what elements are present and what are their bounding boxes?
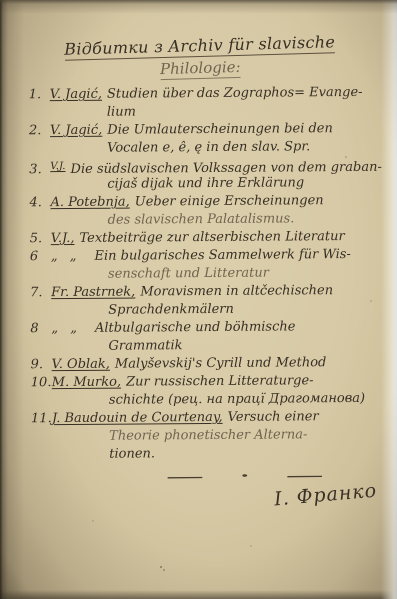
entry-line: 3.V.J.Die südslavischen Volkssagen von d… xyxy=(29,156,387,176)
entry-author: Fr. Pastrnek, xyxy=(51,285,135,301)
entry-text: cijaš dijak und ihre Erklärung xyxy=(107,175,304,191)
entry-author: J. Baudouin de Courtenay, xyxy=(52,410,223,426)
entry-author: „ „ xyxy=(51,321,81,336)
entry-number: 9. xyxy=(31,356,52,374)
entry-number: 4. xyxy=(29,194,50,212)
entry-text: Versuch einer xyxy=(228,409,319,425)
entry-author: „ „ xyxy=(51,249,81,264)
paper-specks xyxy=(0,0,2,2)
entry-number: 2. xyxy=(29,122,50,140)
entry-author: V. Jagić, xyxy=(50,123,102,138)
document-title: Відбитки з Archiv für slavische Philolog… xyxy=(39,32,360,84)
title-line-2: Philologie: xyxy=(160,58,241,80)
entry-text: Theorie phonetischer Alterna- xyxy=(109,427,307,443)
entry-author: V.J. xyxy=(50,161,65,172)
entry-author: V. Jagić, xyxy=(50,87,102,102)
entry-author: A. Potebnja, xyxy=(50,195,129,211)
entry-number: 11. xyxy=(31,410,52,428)
entry-number: 5. xyxy=(30,230,51,248)
entry-number: 1. xyxy=(29,86,50,104)
entry-text: Vocalen e, ê, ę in den slav. Spr. xyxy=(107,139,310,155)
entry-text: lium xyxy=(107,105,136,120)
entry-number: 8 xyxy=(30,320,51,338)
entry-text: Malyševskij's Cyrill und Method xyxy=(115,355,327,371)
entry-text: Ueber einige Erscheinungen xyxy=(135,193,324,209)
entry-text: senschaft und Litteratur xyxy=(108,266,269,282)
entry-text: Ein bulgarisches Sammelwerk für Wis- xyxy=(94,247,350,264)
entry-author: M. Murko, xyxy=(52,375,121,390)
bibliography-list: 1.V. Jagić,Studien über das Zographos= E… xyxy=(29,84,390,464)
entry-number: 7. xyxy=(30,284,51,302)
entry-text: Moravismen in altčechischen xyxy=(140,283,333,299)
entry-author: V. Oblak, xyxy=(52,357,110,372)
entry-number: 10. xyxy=(31,374,52,392)
entry-text: Altbulgarische und böhmische xyxy=(95,319,296,335)
entry-text: Sprachdenkmälern xyxy=(108,302,234,318)
entry-author: V.J., xyxy=(51,231,75,246)
entry-text: Die Umlauterscheinungen bei den xyxy=(107,121,333,138)
entry-text: tionen. xyxy=(109,446,155,461)
entry-text: Zur russischen Litteraturge- xyxy=(126,373,314,389)
entry-text: Textbeiträge zur altserbischen Literatur xyxy=(79,229,344,246)
entry-line: schichte (рец. на працї Драгоманова) xyxy=(31,390,389,410)
entry-line: 6„ „Ein bulgarisches Sammelwerk für Wis- xyxy=(30,246,388,266)
entry-number: 6 xyxy=(30,248,51,266)
entry-line: 1.V. Jagić,Studien über das Zographos= E… xyxy=(29,84,387,104)
title-line-1: Відбитки з Archiv für slavische xyxy=(64,32,335,61)
entry-line: tionen. xyxy=(31,444,389,464)
entry-text: schichte (рец. на працї Драгоманова) xyxy=(109,391,365,408)
manuscript-page: Відбитки з Archiv für slavische Philolog… xyxy=(0,0,397,599)
entry-text: des slavischen Palatalismus. xyxy=(108,211,295,227)
entry-text: Studien über das Zographos= Evange- xyxy=(107,85,363,102)
entry-number: 3. xyxy=(29,161,50,179)
entry-text: Grammatik xyxy=(108,338,182,354)
